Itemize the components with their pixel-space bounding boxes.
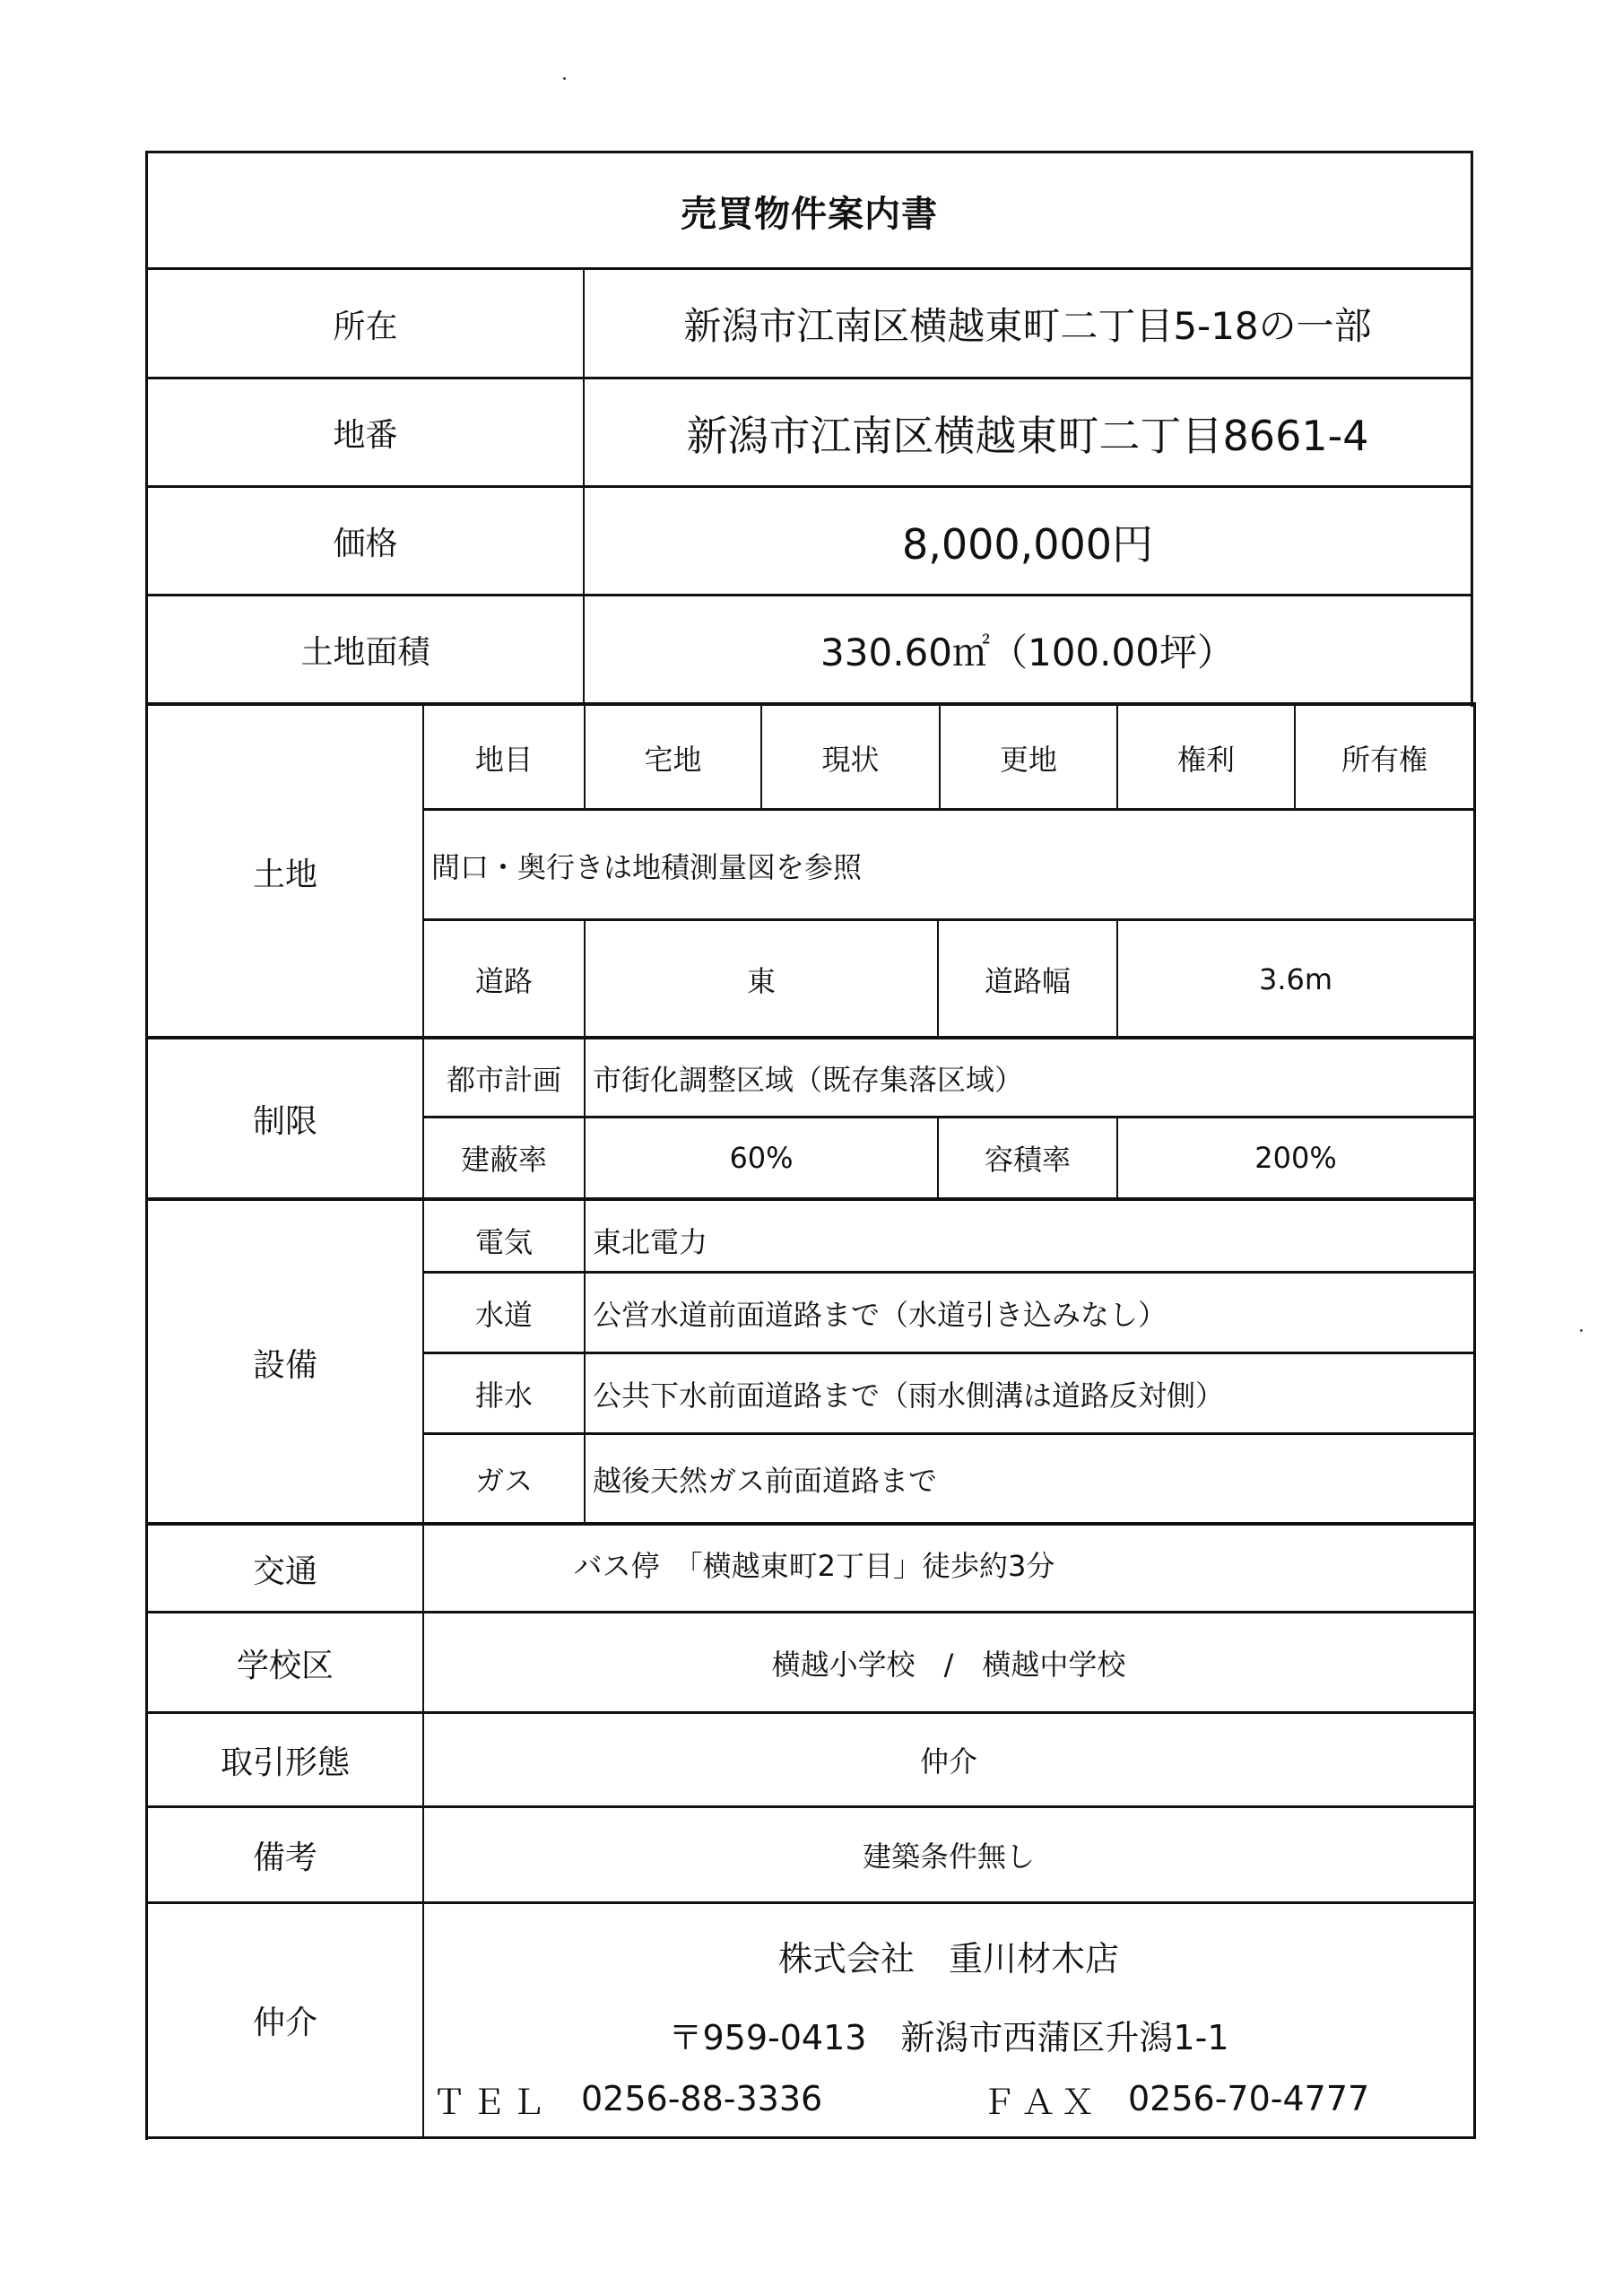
scan-speck — [1580, 1329, 1583, 1332]
land-category-label: 地目 — [424, 706, 584, 810]
rights-value: 所有権 — [1296, 706, 1473, 810]
broker-label: 仲介 — [148, 1904, 422, 2136]
gas-value: 越後天然ガス前面道路まで — [586, 1435, 1473, 1523]
transaction-type-value: 仲介 — [424, 1714, 1473, 1805]
remarks-label: 備考 — [148, 1808, 422, 1901]
water-label: 水道 — [424, 1274, 584, 1352]
price-value: 8,000,000円 — [585, 488, 1471, 595]
electricity-value: 東北電力 — [586, 1201, 1473, 1280]
current-status-value: 更地 — [941, 706, 1116, 810]
school-district-label: 学校区 — [148, 1613, 422, 1712]
broker-company-name: 株式会社 重川材木店 — [424, 1919, 1473, 1991]
broker-tel-label: ＴＥＬ — [432, 2063, 558, 2135]
road-width-label: 道路幅 — [939, 921, 1116, 1038]
school-district-value: 横越小学校 / 横越中学校 — [424, 1613, 1473, 1712]
transport-value: バス停 「横越東町2丁目」徒歩約3分 — [424, 1526, 1473, 1603]
city-planning-label: 都市計画 — [424, 1039, 584, 1117]
document-title: 売買物件案内書 — [148, 153, 1471, 268]
drainage-label: 排水 — [424, 1354, 584, 1433]
broker-tel-number: 0256-88-3336 — [581, 2063, 841, 2135]
floor-area-ratio-label: 容積率 — [939, 1118, 1116, 1197]
lot-number-label: 地番 — [148, 379, 583, 486]
city-planning-value: 市街化調整区域（既存集落区域） — [586, 1039, 1473, 1117]
land-section-label: 土地 — [148, 706, 422, 1038]
transport-label: 交通 — [148, 1526, 422, 1612]
location-value: 新潟市江南区横越東町二丁目5-18の一部 — [585, 270, 1471, 378]
land-category-value: 宅地 — [586, 706, 760, 810]
restrictions-section-label: 制限 — [148, 1039, 422, 1197]
table-border-bottom — [145, 2136, 1476, 2139]
drainage-value: 公共下水前面道路まで（雨水側溝は道路反対側） — [586, 1354, 1473, 1433]
transaction-type-label: 取引形態 — [148, 1714, 422, 1805]
property-sheet: 売買物件案内書 所在 新潟市江南区横越東町二丁目5-18の一部 地番 新潟市江南… — [0, 0, 1623, 2296]
scan-speck — [563, 77, 566, 80]
land-dimensions-note: 間口・奥行きは地積測量図を参照 — [424, 811, 1473, 920]
price-label: 価格 — [148, 488, 583, 595]
gas-label: ガス — [424, 1435, 584, 1523]
land-area-label: 土地面積 — [148, 596, 583, 703]
road-label: 道路 — [424, 921, 584, 1038]
electricity-label: 電気 — [424, 1201, 584, 1280]
broker-fax-label: ＦＡＸ — [982, 2063, 1107, 2135]
broker-address: 〒959-0413 新潟市西蒲区升潟1-1 — [424, 1998, 1473, 2070]
road-value: 東 — [586, 921, 937, 1038]
road-width-value: 3.6m — [1118, 921, 1473, 1038]
rights-label: 権利 — [1118, 706, 1294, 810]
location-label: 所在 — [148, 270, 583, 378]
table-border-right-upper — [1471, 151, 1473, 707]
floor-area-ratio-value: 200% — [1118, 1118, 1473, 1197]
coverage-ratio-label: 建蔽率 — [424, 1118, 584, 1197]
water-value: 公営水道前面道路まで（水道引き込みなし） — [586, 1274, 1473, 1352]
lot-number-value: 新潟市江南区横越東町二丁目8661-4 — [585, 379, 1471, 486]
land-area-value: 330.60㎡（100.00坪） — [585, 596, 1471, 703]
coverage-ratio-value: 60% — [586, 1118, 937, 1197]
current-status-label: 現状 — [762, 706, 939, 810]
broker-fax-number: 0256-70-4777 — [1128, 2063, 1388, 2135]
facilities-section-label: 設備 — [148, 1201, 422, 1524]
remarks-value: 建築条件無し — [424, 1808, 1473, 1901]
